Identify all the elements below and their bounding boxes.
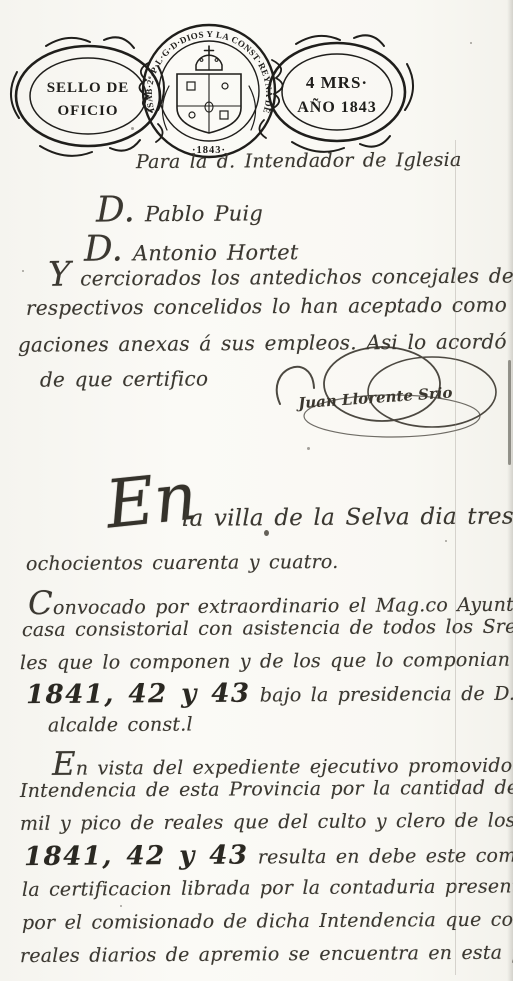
tax-stamp-header: SELLO DE OFICIO ISAB·2ª·P·L·G·D·DIOS Y L…: [0, 16, 513, 166]
signature-flourish: Juan Llorente Srio: [262, 342, 512, 447]
scrollwork-icon: [11, 37, 164, 156]
ink-speck: [470, 42, 472, 44]
left-oval-stamp: SELLO DE OFICIO: [11, 37, 164, 156]
years-1841-43: 1841, 42 y 43: [26, 679, 251, 711]
years-1841-43: 1841, 42 y 43: [24, 841, 249, 873]
seal-legend: ISAB·2ª·P·L·G·D·DIOS Y LA CONST·REYNA DE…: [0, 16, 274, 115]
act-p2-line-5: la certificacion librada por la contadur…: [22, 877, 513, 900]
right-oval-line2: AÑO 1843: [297, 97, 377, 116]
act-p2-line-2: Intendencia de esta Provincia por la can…: [20, 778, 513, 801]
ink-speck: [307, 447, 310, 450]
act-p2-line-1: En vista del expediente ejecutivo promov…: [52, 744, 513, 780]
right-oval-stamp: 4 MRS· AÑO 1843: [269, 35, 413, 152]
act-p1-line-3: les que lo componen y de los que lo comp…: [20, 650, 513, 673]
act-p1-line-1: Convocado por extraordinario el Mag.co A…: [28, 583, 513, 620]
left-oval-line1: SELLO DE: [47, 80, 130, 96]
ink-speck: [445, 540, 447, 542]
certificate-line-1: Y cerciorados los antedichos concejales …: [48, 254, 513, 291]
scrollwork-icon: [292, 35, 413, 152]
act-p2-line-4: 1841, 42 y 43 resulta en debe este comun…: [24, 840, 513, 870]
page-fold-line: [455, 140, 456, 975]
left-oval-line2: OFICIO: [57, 103, 118, 119]
act-p1-line-4: 1841, 42 y 43 bajo la presidencia de D. …: [26, 678, 513, 708]
ink-speck: [120, 905, 122, 907]
act-p2-line-3: mil y pico de reales que del culto y cle…: [20, 811, 513, 834]
certificate-line-2: respectivos concelidos lo han aceptado c…: [26, 294, 513, 318]
act-opening-line-2: ochocientos cuarenta y cuatro.: [26, 553, 339, 574]
certificate-line-4: de que certifico: [40, 368, 208, 389]
act-p2-line-7: reales diarios de apremio se encuentra e…: [20, 943, 513, 966]
scan-edge-shadow: [507, 0, 513, 981]
ink-speck: [131, 127, 134, 130]
scanned-page: SELLO DE OFICIO ISAB·2ª·P·L·G·D·DIOS Y L…: [0, 0, 513, 981]
scan-edge-mark: [508, 360, 511, 465]
act-p2-line-6: por el comisionado de dicha Intendencia …: [22, 910, 513, 933]
act-p1-line-4-rest: bajo la presidencia de D. José Girona: [250, 682, 513, 707]
councillor-name-1: D. Pablo Puig: [96, 191, 263, 228]
addressee-heading: Para la d. Intendador de Iglesia: [136, 151, 462, 172]
royal-seal: ISAB·2ª·P·L·G·D·DIOS Y LA CONST·REYNA DE…: [0, 16, 275, 157]
act-opening-line: la villa de la Selva dia tres de abril d…: [182, 504, 513, 531]
act-p2-line-4-rest: resulta en debe este comun (segun: [248, 844, 513, 869]
act-p1-line-2: casa consistorial con asistencia de todo…: [22, 617, 513, 640]
ink-speck: [264, 530, 269, 536]
act-p1-line-5: alcalde const.l: [48, 715, 193, 735]
right-oval-line1: 4 MRS·: [306, 73, 368, 92]
coat-of-arms-icon: [162, 46, 255, 133]
ink-speck: [22, 270, 24, 272]
